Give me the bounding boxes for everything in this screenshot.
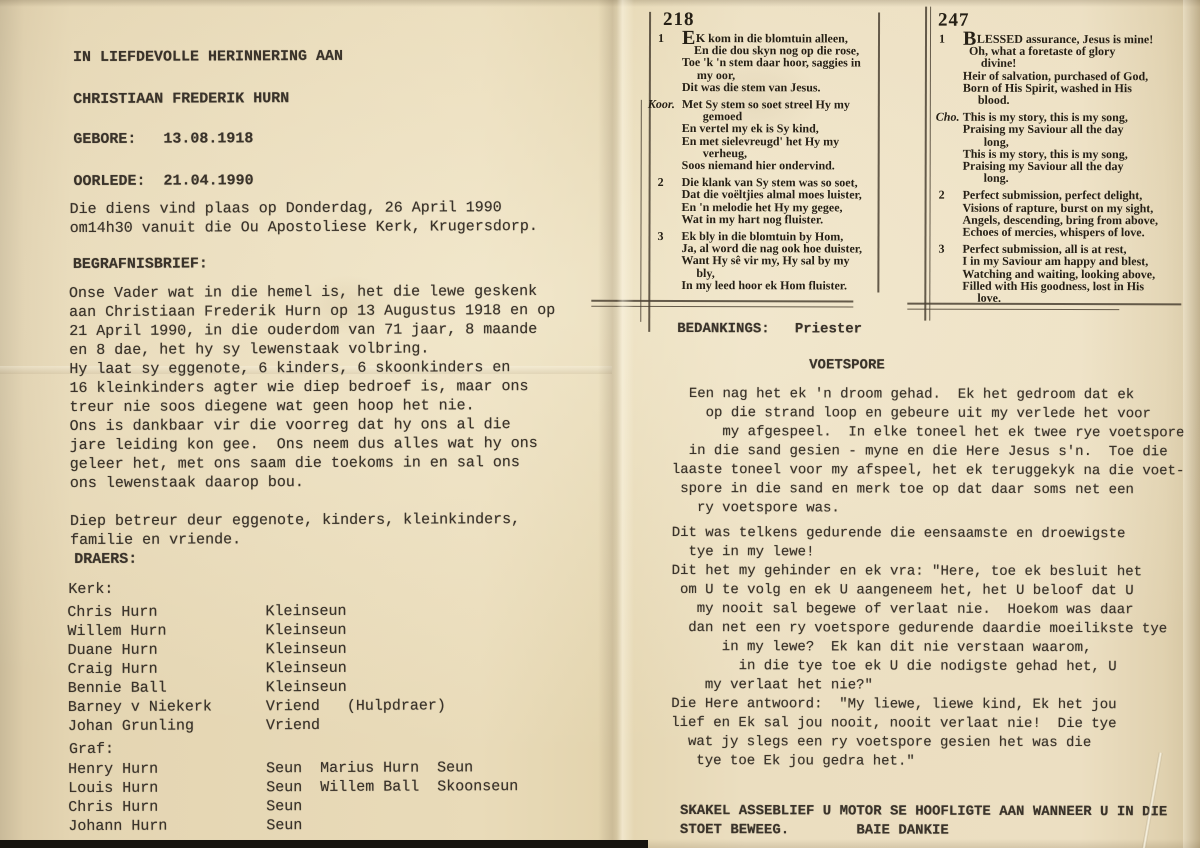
hymn-247-clipping: 247 1BLESSED assurance, Jesus is mine! O… bbox=[935, 11, 1188, 310]
verse-lines: Die klank van Sy stem was so soet, Dat d… bbox=[682, 176, 862, 225]
poem-paragraph-1: Een nag het ek 'n droom gehad. Ek het ge… bbox=[672, 385, 1185, 519]
scanner-edge-bar bbox=[0, 840, 648, 848]
hymn-verse: 3Ek bly in die blomtuin by Hom, Ja, al w… bbox=[647, 230, 885, 292]
hymn-218-clipping: 218 1EK kom in die blomtuin alleen, En d… bbox=[647, 10, 886, 297]
verse-lines: Met Sy stem so soet streel Hy my gemoed … bbox=[682, 98, 850, 172]
hymn-verse: 2Perfect submission, perfect delight, Vi… bbox=[935, 189, 1187, 238]
verse-dropcap: B bbox=[963, 28, 977, 50]
hymn-verse: Koor.Met Sy stem so soet streel Hy my ge… bbox=[648, 98, 886, 172]
thanks-line: BEDANKINGS: Priester bbox=[677, 320, 862, 339]
verse-label: Cho. bbox=[936, 111, 963, 184]
verse-label: 1 bbox=[936, 33, 963, 106]
verse-lines: Perfect submission, perfect delight, Vis… bbox=[962, 189, 1158, 238]
hymn-number: 218 bbox=[663, 10, 886, 31]
poem-paragraph-3: Die Here antwoord: "My liewe, liewe kind… bbox=[671, 695, 1116, 772]
verse-dropcap: E bbox=[682, 27, 696, 49]
verse-label: 1 bbox=[648, 32, 682, 93]
headlights-notice: SKAKEL ASSEBLIEF U MOTOR SE HOOFLIGTE AA… bbox=[680, 802, 1167, 841]
clipping-rule bbox=[640, 100, 642, 322]
verse-label: Koor. bbox=[648, 98, 682, 171]
clipping-rule bbox=[929, 7, 931, 321]
hymn-verse: Cho.This is my story, this is my song, P… bbox=[936, 111, 1188, 185]
verse-label: 3 bbox=[935, 243, 962, 304]
hymn-verse: 2Die klank van Sy stem was so soet, Dat … bbox=[648, 176, 886, 225]
verse-label: 2 bbox=[648, 176, 682, 225]
verse-lines: BLESSED assurance, Jesus is mine! Oh, wh… bbox=[963, 33, 1153, 107]
right-edge-crease bbox=[1183, 0, 1200, 848]
center-fold-crease bbox=[598, 0, 634, 848]
verse-lines: This is my story, this is my song, Prais… bbox=[963, 111, 1128, 185]
clipping-rule bbox=[924, 7, 927, 321]
poem-paragraph-2: Dit was telkens gedurende die eensaamste… bbox=[671, 524, 1167, 696]
verse-lines: Ek bly in die blomtuin by Hom, Ja, al wo… bbox=[681, 230, 862, 291]
hymn-verse: 1EK kom in die blomtuin alleen, En die d… bbox=[648, 32, 886, 94]
verse-label: 3 bbox=[647, 230, 681, 291]
hymn-verse: 3Perfect submission, all is at rest, I i… bbox=[935, 243, 1187, 305]
poem-title: VOETSPORE bbox=[809, 356, 885, 375]
verse-label: 2 bbox=[935, 189, 962, 238]
verse-lines: Perfect submission, all is at rest, I in… bbox=[962, 243, 1155, 305]
hymn-verse: 1BLESSED assurance, Jesus is mine! Oh, w… bbox=[936, 33, 1188, 107]
scanned-funeral-program: IN LIEFDEVOLLE HERINNERING AAN CHRISTIAA… bbox=[0, 0, 1200, 848]
verse-lines: EK kom in die blomtuin alleen, En die do… bbox=[682, 32, 861, 93]
